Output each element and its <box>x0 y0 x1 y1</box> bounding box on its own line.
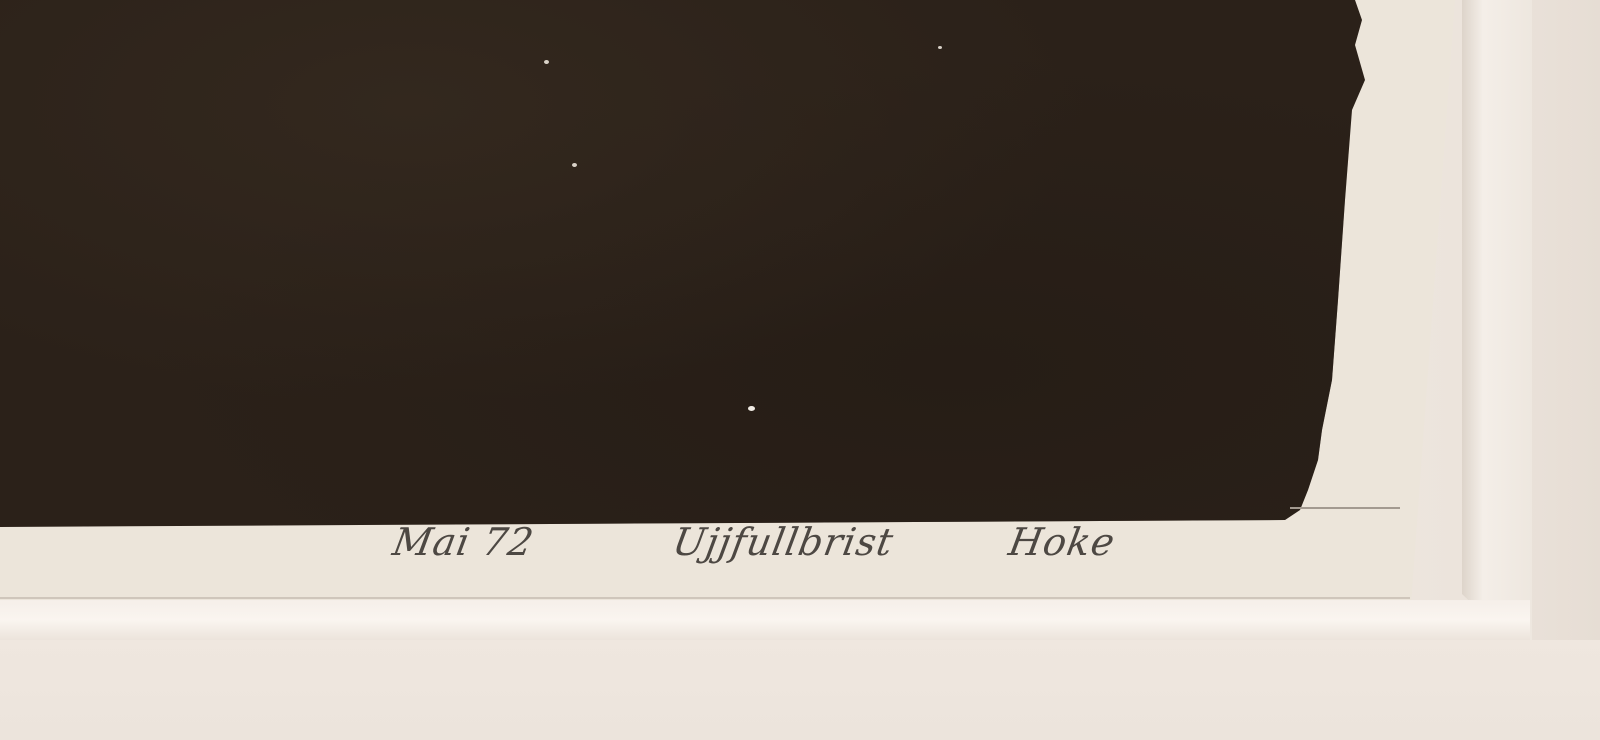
paper-speck <box>938 46 942 49</box>
paper-edge <box>0 597 1410 599</box>
inscription-signature: Hoke <box>1003 520 1119 580</box>
ink-area <box>0 0 1365 527</box>
paper-speck <box>748 406 755 411</box>
inscription-date: Mai 72 <box>387 520 538 580</box>
mat-bevel-bottom <box>0 600 1530 640</box>
mat-bevel-right <box>1462 0 1532 660</box>
paper-speck <box>544 60 549 64</box>
paper-speck <box>572 163 577 167</box>
inscription-title: Ujjfullbrist <box>667 520 897 580</box>
plate-mark <box>1290 507 1400 509</box>
mat-lower <box>0 640 1600 740</box>
